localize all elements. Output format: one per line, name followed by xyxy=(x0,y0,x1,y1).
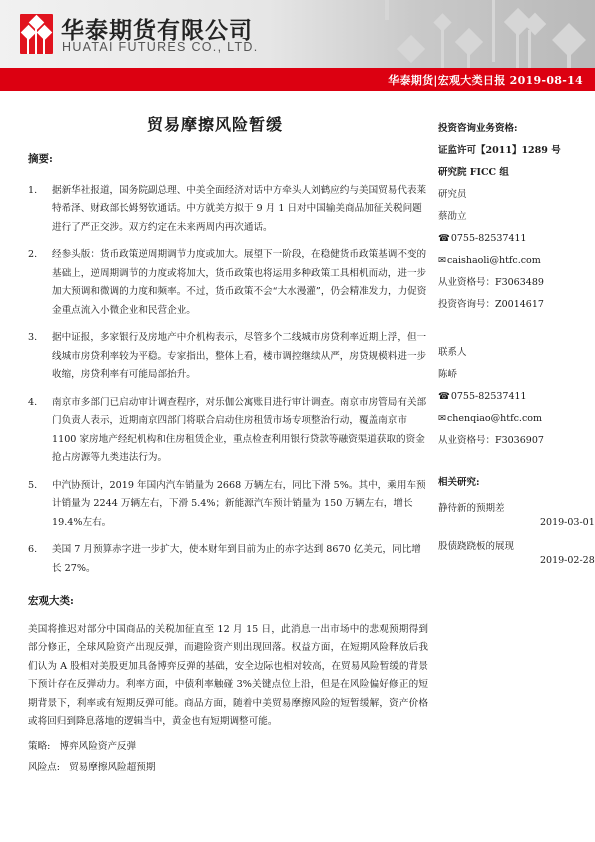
summary-item: 5. 中汽协预计，2019 年国内汽车销量为 2668 万辆左右，同比下滑 5%… xyxy=(28,477,428,533)
analyst-advisory: 投资咨询号：Z0014617 xyxy=(438,296,588,318)
risk-line: 风险点: 贸易摩擦风险超预期 xyxy=(28,759,428,778)
spacer xyxy=(438,318,588,344)
analyst-name: 蔡劭立 xyxy=(438,208,588,230)
risk-label: 风险点: xyxy=(28,762,60,773)
related-item-title[interactable]: 静待新的预期差 xyxy=(438,500,505,514)
page-title: 贸易摩擦风险暂缓 xyxy=(0,112,430,135)
decor-stem xyxy=(385,0,389,20)
item-text: 中汽协预计，2019 年国内汽车销量为 2668 万辆左右，同比下滑 5%。其中… xyxy=(52,480,426,528)
summary-heading: 摘要: xyxy=(28,150,428,169)
analyst-phone: 0755-82537411 xyxy=(451,233,527,244)
sidebar: 投资咨询业务资格: 证监许可【2011】1289 号 研究院 FICC 组 研究… xyxy=(438,120,588,454)
license-number: 证监许可【2011】1289 号 xyxy=(438,142,588,164)
item-number: 2. xyxy=(28,246,37,265)
decor-stem xyxy=(467,50,470,68)
macro-heading: 宏观大类: xyxy=(28,592,428,611)
analyst-email-row: ✉caishaoli@htfc.com xyxy=(438,252,588,274)
decor-stem xyxy=(528,30,531,68)
summary-item: 6. 美国 7 月预算赤字进一步扩大，使本财年到目前为止的赤字达到 8670 亿… xyxy=(28,541,428,578)
item-text: 经参头版：货币政策逆周期调节力度或加大。展望下一阶段，在稳健货币政策基调不变的基… xyxy=(52,249,426,316)
strategy-label: 策略: xyxy=(28,741,50,752)
analyst-email[interactable]: caishaoli@htfc.com xyxy=(447,255,541,266)
mail-icon: ✉ xyxy=(438,410,446,428)
main-column: 摘要: 1. 据新华社报道，国务院副总理、中美全面经济对话中方牵头人刘鹤应约与美… xyxy=(28,150,428,778)
item-number: 4. xyxy=(28,394,37,413)
summary-item: 2. 经参头版：货币政策逆周期调节力度或加大。展望下一阶段，在稳健货币政策基调不… xyxy=(28,246,428,320)
decor-stem xyxy=(441,28,444,68)
strategy-line: 策略: 博弈风险资产反弹 xyxy=(28,738,428,757)
item-number: 1. xyxy=(28,182,37,201)
contact-email[interactable]: chenqiao@htfc.com xyxy=(447,413,542,424)
item-number: 3. xyxy=(28,329,37,348)
summary-item: 1. 据新华社报道，国务院副总理、中美全面经济对话中方牵头人刘鹤应约与美国贸易代… xyxy=(28,182,428,238)
decor-stem xyxy=(567,50,571,68)
item-text: 美国 7 月预算赤字进一步扩大，使本财年到目前为止的赤字达到 8670 亿美元，… xyxy=(52,544,421,574)
summary-item: 4. 南京市多部门已启动审计调查程序，对乐伽公寓账目进行审计调查。南京市房管局有… xyxy=(28,394,428,468)
research-group: 研究院 FICC 组 xyxy=(438,164,588,186)
item-text: 南京市多部门已启动审计调查程序，对乐伽公寓账目进行审计调查。南京市房管局有关部门… xyxy=(52,397,426,464)
mail-icon: ✉ xyxy=(438,252,446,270)
phone-icon: ☎ xyxy=(438,388,450,406)
item-text: 据中证报，多家银行及房地产中介机构表示，尽管多个二线城市房贷利率近期上浮，但一线… xyxy=(52,332,426,380)
contact-phone-row: ☎0755-82537411 xyxy=(438,388,588,410)
summary-item: 3. 据中证报，多家银行及房地产中介机构表示，尽管多个二线城市房贷利率近期上浮，… xyxy=(28,329,428,385)
strategy-value: 博弈风险资产反弹 xyxy=(59,741,136,752)
phone-icon: ☎ xyxy=(438,230,450,248)
report-header: 华泰期货有限公司 HUATAI FUTURES CO., LTD. 华泰期货|宏… xyxy=(0,0,595,92)
risk-value: 贸易摩擦风险超预期 xyxy=(69,762,155,773)
report-tag: 华泰期货|宏观大类日报 2019-08-14 xyxy=(388,72,583,88)
company-logo-icon xyxy=(20,14,53,54)
related-item-title[interactable]: 股债跷跷板的展现 xyxy=(438,538,514,552)
qualification-heading: 投资咨询业务资格: xyxy=(438,120,588,142)
contact-role: 联系人 xyxy=(438,344,588,366)
item-number: 6. xyxy=(28,541,37,560)
contact-name: 陈峤 xyxy=(438,366,588,388)
related-research-heading: 相关研究: xyxy=(438,474,480,488)
macro-paragraph: 美国将推迟对部分中国商品的关税加征直至 12 月 15 日，此消息一出市场中的悲… xyxy=(28,621,428,732)
contact-cert: 从业资格号：F3036907 xyxy=(438,432,588,454)
contact-phone: 0755-82537411 xyxy=(451,391,527,402)
analyst-role: 研究员 xyxy=(438,186,588,208)
related-item-date: 2019-03-01 xyxy=(540,517,595,528)
decor-stem xyxy=(516,30,519,68)
analyst-phone-row: ☎0755-82537411 xyxy=(438,230,588,252)
item-text: 据新华社报道，国务院副总理、中美全面经济对话中方牵头人刘鹤应约与美国贸易代表莱特… xyxy=(52,185,426,233)
company-name-en: HUATAI FUTURES CO., LTD. xyxy=(62,40,258,54)
item-number: 5. xyxy=(28,477,37,496)
analyst-cert: 从业资格号：F3063489 xyxy=(438,274,588,296)
related-item-date: 2019-02-28 xyxy=(540,555,595,566)
contact-email-row: ✉chenqiao@htfc.com xyxy=(438,410,588,432)
decor-stem xyxy=(492,0,495,62)
